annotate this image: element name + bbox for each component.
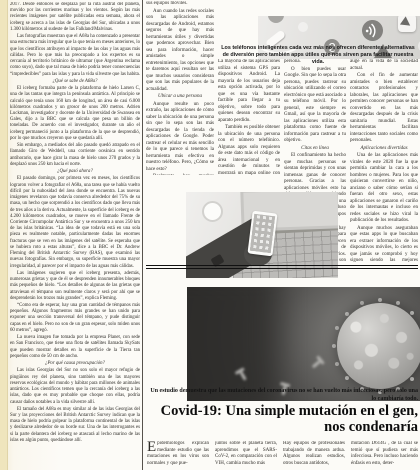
covid-photo-caption: Un estudio demuestra que las mutaciones … [150, 388, 418, 403]
article-paragraph: El iceberg formaba parte de la plataform… [10, 86, 140, 142]
article-paragraph: Las islas Georgias del Sur no son solo e… [10, 368, 140, 405]
article-paragraph: La nueva imagen fue tomada por la empres… [10, 335, 140, 360]
article-paragraph: Aun cuando las redes sociales son las ap… [146, 9, 214, 94]
coronavirus-photo [187, 287, 420, 401]
article-paragraph: El pasado domingo, por primera vez en me… [10, 176, 140, 270]
article-subhead: ¿Qué se sabe de A68a? [10, 79, 140, 85]
article-paragraph: “Como era de esperar, hay una gran canti… [10, 303, 140, 334]
page-edge-strip [0, 0, 8, 470]
photo-shadow [187, 287, 277, 401]
newspaper-page: 2017. Desde entonces se desplaza por la … [0, 0, 420, 470]
article-paragraph: Las fotografías muestran que el A68a ha … [10, 34, 140, 78]
coffee-cup [202, 201, 223, 222]
article-paragraph: Realmente hay muchas formas de localizar… [146, 174, 214, 175]
virus-body [337, 303, 420, 389]
apps-article-column-1: La mayoría de las aplicaciones utiliza e… [218, 59, 280, 175]
smartphone-screen [250, 214, 275, 253]
section-divider-rule [146, 265, 418, 269]
covid-col1-text: pidemiólogos explican mediante estudio q… [147, 441, 209, 466]
article-paragraph: Aunque resulte un poco extraño, las apli… [146, 102, 214, 174]
covid-headline: Covid-19: Una simple mutación en el gen,… [148, 403, 418, 435]
apps-article-column-3: auge en la vida de la sociedad actual.Co… [350, 59, 418, 264]
article-paragraph: O bien puedes usar Google. Sin que lo se… [284, 67, 346, 145]
article-paragraph: persona. [284, 59, 346, 66]
iceberg-article-column: 2017. Desde entonces se desplaza por la … [10, 2, 140, 468]
article-subhead: ¿Por qué causa preocupación? [10, 361, 140, 367]
article-paragraph: sus equipos móviles. [146, 1, 214, 8]
play-triangle [400, 16, 413, 29]
apps-article-intro-column: sus equipos móviles.Aun cuando las redes… [146, 1, 214, 175]
article-paragraph: La mayoría de las aplicaciones utiliza e… [218, 59, 280, 124]
antibody-shape [309, 355, 325, 370]
article-paragraph: Sin embargo, a mediados del año pasado q… [10, 143, 140, 168]
article-subhead: Citas en línea [284, 146, 346, 153]
article-paragraph: 2017. Desde entonces se desplaza por la … [10, 2, 140, 33]
article-subhead: Aplicaciones divertidas [350, 146, 418, 153]
covid-article-column-3: Hay equipos de profesionales trabajando … [283, 441, 345, 470]
article-paragraph: También es posible obtener la ubicación … [218, 125, 280, 175]
covid-article-column-4: mutación D614G , de la cual se temió que… [351, 441, 418, 470]
smartphone [247, 211, 277, 257]
column-divider-rule [142, 0, 143, 470]
wifi-rss-icon [358, 16, 388, 45]
article-subhead: ¿Qué pasó ahora? [10, 169, 140, 175]
rss-arcs [363, 21, 381, 39]
article-paragraph: Con el fin de aumentar amistades o bien … [350, 73, 418, 145]
article-subhead: Ubicar a una persona [146, 94, 214, 101]
article-paragraph: El tamaño del A68a es muy similar al de … [10, 407, 140, 444]
covid-article-column-2: juntos sobre el planeta tierra, aprendim… [215, 441, 277, 470]
article-paragraph: auge en la vida de la sociedad actual. [350, 59, 418, 72]
article-paragraph: Una de las aplicaciones más virales de e… [350, 153, 418, 225]
drop-cap: E [147, 441, 156, 453]
article-paragraph: Las imágenes sugieren que el iceberg pre… [10, 271, 140, 302]
covid-article-column-1: Epidemiólogos explican mediante estudio … [147, 441, 209, 470]
article-paragraph: Aunque muchos aseguraban que estas apps … [350, 226, 418, 265]
play-app-icon [398, 16, 416, 32]
